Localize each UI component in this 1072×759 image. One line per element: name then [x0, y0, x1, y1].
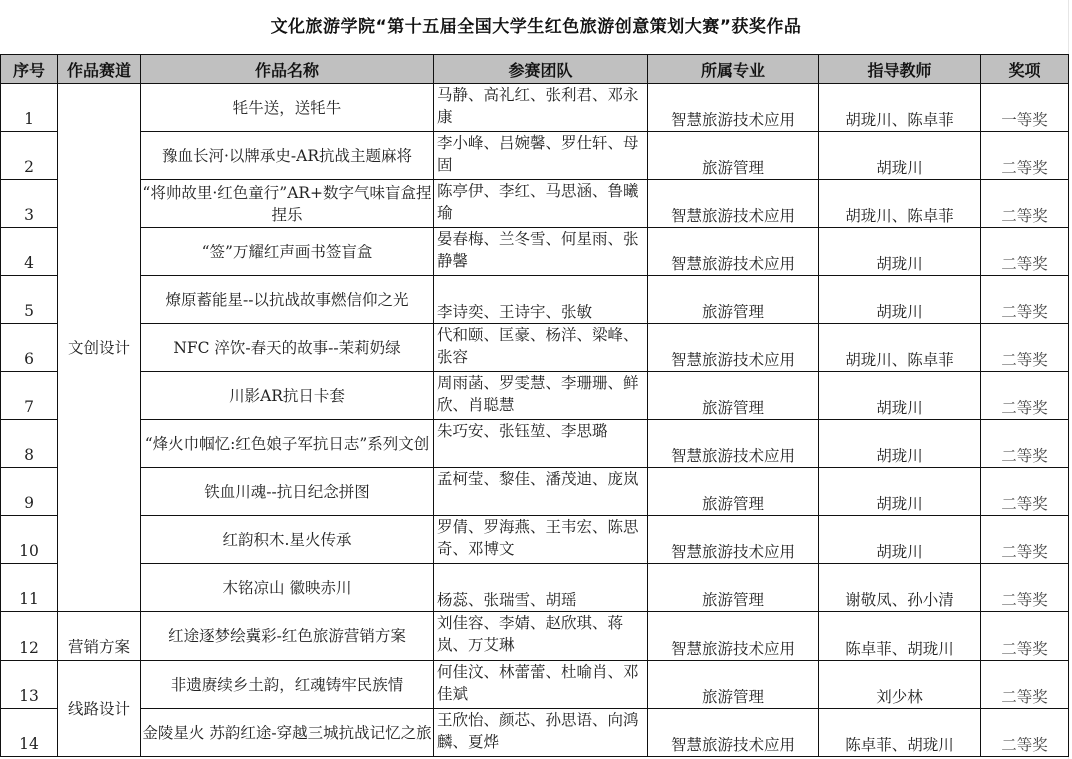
- cell-teacher[interactable]: 胡珑川: [819, 372, 981, 420]
- cell-major[interactable]: 旅游管理: [648, 132, 819, 180]
- table-header-row: 序号 作品赛道 作品名称 参赛团队 所属专业 指导教师 奖项: [1, 55, 1069, 84]
- cell-work-name[interactable]: 燎原蓄能星--以抗战故事燃信仰之光: [141, 276, 434, 324]
- cell-no[interactable]: 8: [1, 420, 58, 468]
- cell-track[interactable]: 线路设计: [58, 661, 141, 757]
- header-work-name[interactable]: 作品名称: [141, 55, 434, 84]
- cell-team[interactable]: 李小峰、吕婉馨、罗仕轩、母固: [434, 132, 648, 180]
- cell-teacher[interactable]: 胡珑川: [819, 132, 981, 180]
- cell-track[interactable]: 文创设计: [58, 84, 141, 612]
- cell-no[interactable]: 10: [1, 516, 58, 564]
- cell-major[interactable]: 智慧旅游技术应用: [648, 84, 819, 132]
- table-row: 8 “烽火巾帼忆:红色娘子军抗日志”系列文创 朱巧安、张钰堃、李思璐 智慧旅游技…: [1, 420, 1069, 468]
- cell-work-name[interactable]: 铁血川魂--抗日纪念拼图: [141, 468, 434, 516]
- header-track[interactable]: 作品赛道: [58, 55, 141, 84]
- cell-team[interactable]: 何佳汶、林蕾蕾、杜喻肖、邓佳斌: [434, 661, 648, 709]
- cell-award[interactable]: 一等奖: [981, 84, 1069, 132]
- table-row: 3 “将帅故里·红色童行”AR+数字气味盲盒捏捏乐 陈亭伊、李红、马思涵、鲁曦瑜…: [1, 180, 1069, 228]
- cell-teacher[interactable]: 胡珑川: [819, 468, 981, 516]
- cell-no[interactable]: 11: [1, 564, 58, 612]
- cell-major[interactable]: 智慧旅游技术应用: [648, 324, 819, 372]
- cell-no[interactable]: 13: [1, 661, 58, 709]
- table-row: 2 豫血长河·以牌承史-AR抗战主题麻将 李小峰、吕婉馨、罗仕轩、母固 旅游管理…: [1, 132, 1069, 180]
- table-row: 4 “签”万耀红声画书签盲盒 晏春梅、兰冬雪、何星雨、张静馨 智慧旅游技术应用 …: [1, 228, 1069, 276]
- cell-no[interactable]: 12: [1, 612, 58, 661]
- awards-table: 序号 作品赛道 作品名称 参赛团队 所属专业 指导教师 奖项 1 文创设计 牦牛…: [0, 54, 1069, 757]
- cell-major[interactable]: 智慧旅游技术应用: [648, 612, 819, 661]
- cell-award[interactable]: 二等奖: [981, 564, 1069, 612]
- cell-major[interactable]: 智慧旅游技术应用: [648, 516, 819, 564]
- table-row: 14 金陵星火 苏韵红途-穿越三城抗战记忆之旅 王欣怡、颜芯、孙思语、向鸿麟、夏…: [1, 709, 1069, 757]
- cell-teacher[interactable]: 胡珑川、陈卓菲: [819, 324, 981, 372]
- cell-no[interactable]: 1: [1, 84, 58, 132]
- page-title: 文化旅游学院“第十五届全国大学生红色旅游创意策划大赛”获奖作品: [0, 12, 1072, 37]
- header-team[interactable]: 参赛团队: [434, 55, 648, 84]
- cell-team[interactable]: 马静、高礼红、张利君、邓永康: [434, 84, 648, 132]
- cell-work-name[interactable]: 金陵星火 苏韵红途-穿越三城抗战记忆之旅: [141, 709, 434, 757]
- cell-team[interactable]: 晏春梅、兰冬雪、何星雨、张静馨: [434, 228, 648, 276]
- cell-work-name[interactable]: “烽火巾帼忆:红色娘子军抗日志”系列文创: [141, 420, 434, 468]
- cell-award[interactable]: 二等奖: [981, 372, 1069, 420]
- cell-team[interactable]: 朱巧安、张钰堃、李思璐: [434, 420, 648, 468]
- cell-award[interactable]: 二等奖: [981, 228, 1069, 276]
- cell-teacher[interactable]: 谢敬凤、孙小清: [819, 564, 981, 612]
- table-row: 6 NFC 淬饮-春天的故事--茉莉奶绿 代和颐、匡豪、杨洋、梁峰、张容 智慧旅…: [1, 324, 1069, 372]
- cell-team[interactable]: 杨蕊、张瑞雪、胡瑶: [434, 564, 648, 612]
- cell-no[interactable]: 5: [1, 276, 58, 324]
- cell-award[interactable]: 二等奖: [981, 709, 1069, 757]
- cell-teacher[interactable]: 胡珑川、陈卓菲: [819, 180, 981, 228]
- cell-teacher[interactable]: 胡珑川、陈卓菲: [819, 84, 981, 132]
- cell-no[interactable]: 14: [1, 709, 58, 757]
- table-row: 10 红韵积木.星火传承 罗倩、罗海燕、王韦宏、陈思奇、邓博文 智慧旅游技术应用…: [1, 516, 1069, 564]
- cell-no[interactable]: 7: [1, 372, 58, 420]
- cell-teacher[interactable]: 胡珑川: [819, 228, 981, 276]
- cell-track[interactable]: 营销方案: [58, 612, 141, 661]
- cell-team[interactable]: 陈亭伊、李红、马思涵、鲁曦瑜: [434, 180, 648, 228]
- cell-team[interactable]: 代和颐、匡豪、杨洋、梁峰、张容: [434, 324, 648, 372]
- cell-major[interactable]: 智慧旅游技术应用: [648, 709, 819, 757]
- cell-teacher[interactable]: 刘少林: [819, 661, 981, 709]
- cell-award[interactable]: 二等奖: [981, 468, 1069, 516]
- cell-teacher[interactable]: 胡珑川: [819, 420, 981, 468]
- cell-no[interactable]: 2: [1, 132, 58, 180]
- cell-award[interactable]: 二等奖: [981, 180, 1069, 228]
- cell-work-name[interactable]: NFC 淬饮-春天的故事--茉莉奶绿: [141, 324, 434, 372]
- cell-work-name[interactable]: 牦牛送，送牦牛: [141, 84, 434, 132]
- header-teacher[interactable]: 指导教师: [819, 55, 981, 84]
- cell-major[interactable]: 旅游管理: [648, 564, 819, 612]
- cell-award[interactable]: 二等奖: [981, 324, 1069, 372]
- cell-teacher[interactable]: 陈卓菲、胡珑川: [819, 709, 981, 757]
- cell-team[interactable]: 孟柯莹、黎佳、潘茂迪、庞岚: [434, 468, 648, 516]
- cell-work-name[interactable]: 豫血长河·以牌承史-AR抗战主题麻将: [141, 132, 434, 180]
- cell-work-name[interactable]: “签”万耀红声画书签盲盒: [141, 228, 434, 276]
- cell-no[interactable]: 3: [1, 180, 58, 228]
- table-row: 11 木铭凉山 徽映赤川 杨蕊、张瑞雪、胡瑶 旅游管理 谢敬凤、孙小清 二等奖: [1, 564, 1069, 612]
- cell-work-name[interactable]: 川影AR抗日卡套: [141, 372, 434, 420]
- cell-team[interactable]: 王欣怡、颜芯、孙思语、向鸿麟、夏烨: [434, 709, 648, 757]
- cell-work-name[interactable]: 红途逐梦绘冀彩-红色旅游营销方案: [141, 612, 434, 661]
- table-row: 13 线路设计 非遗赓续乡土韵，红魂铸牢民族情 何佳汶、林蕾蕾、杜喻肖、邓佳斌 …: [1, 661, 1069, 709]
- cell-award[interactable]: 二等奖: [981, 516, 1069, 564]
- cell-work-name[interactable]: 非遗赓续乡土韵，红魂铸牢民族情: [141, 661, 434, 709]
- cell-major[interactable]: 智慧旅游技术应用: [648, 420, 819, 468]
- cell-team[interactable]: 罗倩、罗海燕、王韦宏、陈思奇、邓博文: [434, 516, 648, 564]
- cell-no[interactable]: 9: [1, 468, 58, 516]
- cell-work-name[interactable]: 木铭凉山 徽映赤川: [141, 564, 434, 612]
- cell-award[interactable]: 二等奖: [981, 276, 1069, 324]
- table-row: 7 川影AR抗日卡套 周雨菡、罗雯慧、李珊珊、鲜欣、肖聪慧 旅游管理 胡珑川 二…: [1, 372, 1069, 420]
- table-row: 12 营销方案 红途逐梦绘冀彩-红色旅游营销方案 刘佳容、李婧、赵欣琪、蒋岚、万…: [1, 612, 1069, 661]
- cell-major[interactable]: 旅游管理: [648, 661, 819, 709]
- cell-team[interactable]: 周雨菡、罗雯慧、李珊珊、鲜欣、肖聪慧: [434, 372, 648, 420]
- cell-teacher[interactable]: 胡珑川: [819, 276, 981, 324]
- cell-major[interactable]: 旅游管理: [648, 372, 819, 420]
- header-award[interactable]: 奖项: [981, 55, 1069, 84]
- cell-major[interactable]: 智慧旅游技术应用: [648, 180, 819, 228]
- cell-major[interactable]: 旅游管理: [648, 468, 819, 516]
- header-major[interactable]: 所属专业: [648, 55, 819, 84]
- cell-major[interactable]: 智慧旅游技术应用: [648, 228, 819, 276]
- cell-award[interactable]: 二等奖: [981, 612, 1069, 661]
- cell-award[interactable]: 二等奖: [981, 661, 1069, 709]
- cell-award[interactable]: 二等奖: [981, 132, 1069, 180]
- table-row: 1 文创设计 牦牛送，送牦牛 马静、高礼红、张利君、邓永康 智慧旅游技术应用 胡…: [1, 84, 1069, 132]
- cell-team[interactable]: 刘佳容、李婧、赵欣琪、蒋岚、万艾琳: [434, 612, 648, 661]
- cell-major[interactable]: 旅游管理: [648, 276, 819, 324]
- cell-award[interactable]: 二等奖: [981, 420, 1069, 468]
- cell-work-name[interactable]: 红韵积木.星火传承: [141, 516, 434, 564]
- table-row: 5 燎原蓄能星--以抗战故事燃信仰之光 李诗奕、王诗宇、张敏 旅游管理 胡珑川 …: [1, 276, 1069, 324]
- header-no[interactable]: 序号: [1, 55, 58, 84]
- cell-no[interactable]: 6: [1, 324, 58, 372]
- cell-team[interactable]: 李诗奕、王诗宇、张敏: [434, 276, 648, 324]
- cell-teacher[interactable]: 陈卓菲、胡珑川: [819, 612, 981, 661]
- table-row: 9 铁血川魂--抗日纪念拼图 孟柯莹、黎佳、潘茂迪、庞岚 旅游管理 胡珑川 二等…: [1, 468, 1069, 516]
- cell-work-name[interactable]: “将帅故里·红色童行”AR+数字气味盲盒捏捏乐: [141, 180, 434, 228]
- cell-no[interactable]: 4: [1, 228, 58, 276]
- cell-teacher[interactable]: 胡珑川: [819, 516, 981, 564]
